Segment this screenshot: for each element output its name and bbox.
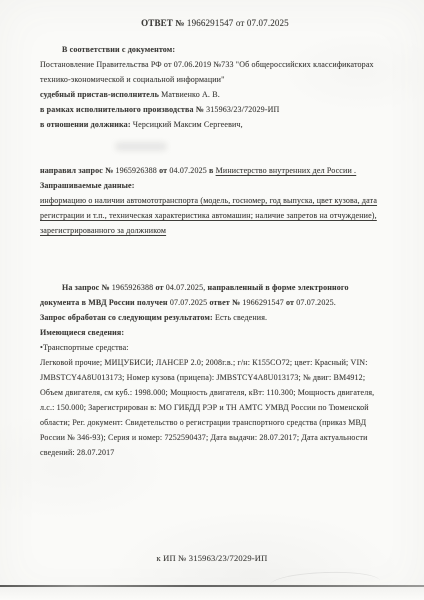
- requested-data-label: Запрашиваемые данные:: [40, 178, 390, 193]
- vehicle-data-text: Легковой прочие; МИЦУБИСИ; ЛАНСЕР 2.0; 2…: [40, 355, 390, 460]
- response-title: ОТВЕТ № 1966291547 от 07.07.2025: [40, 16, 390, 31]
- document-body: ОТВЕТ № 1966291547 от 07.07.2025 В соотв…: [0, 0, 424, 460]
- bailiff-line: судебный пристав-исполнитель Матвиенко А…: [40, 87, 390, 102]
- paper-fold-mark: [270, 570, 380, 585]
- request-sent-line: направил запрос № 1965926388 от 04.07.20…: [40, 163, 390, 178]
- redaction-smudge: [115, 142, 167, 151]
- resolution-text: Постановление Правительства РФ от 07.06.…: [40, 57, 390, 87]
- footer-ip-reference: к ИП № 315963/23/72029-ИП: [0, 553, 424, 563]
- result-line: Запрос обработан со следующим результато…: [40, 310, 390, 325]
- in-accordance-label: В соответствии с документом:: [40, 42, 390, 57]
- response-received-text: На запрос № 1965926388 от 04.07.2025, на…: [40, 280, 390, 310]
- document-page: ОТВЕТ № 1966291547 от 07.07.2025 В соотв…: [0, 0, 424, 600]
- redacted-area: [40, 132, 390, 163]
- vehicles-section-label: •Транспортные средства:: [40, 340, 390, 355]
- available-data-label: Имеющиеся сведения:: [40, 325, 390, 340]
- blank-gap: [40, 238, 390, 280]
- proceeding-line: в рамках исполнительного производства № …: [40, 102, 390, 117]
- debtor-line: в отношении должника: Черсицкий Максим С…: [40, 117, 390, 132]
- scan-edge-shadow: [0, 587, 424, 600]
- requested-data-text: информацию о наличии автомототранспорта …: [40, 193, 390, 238]
